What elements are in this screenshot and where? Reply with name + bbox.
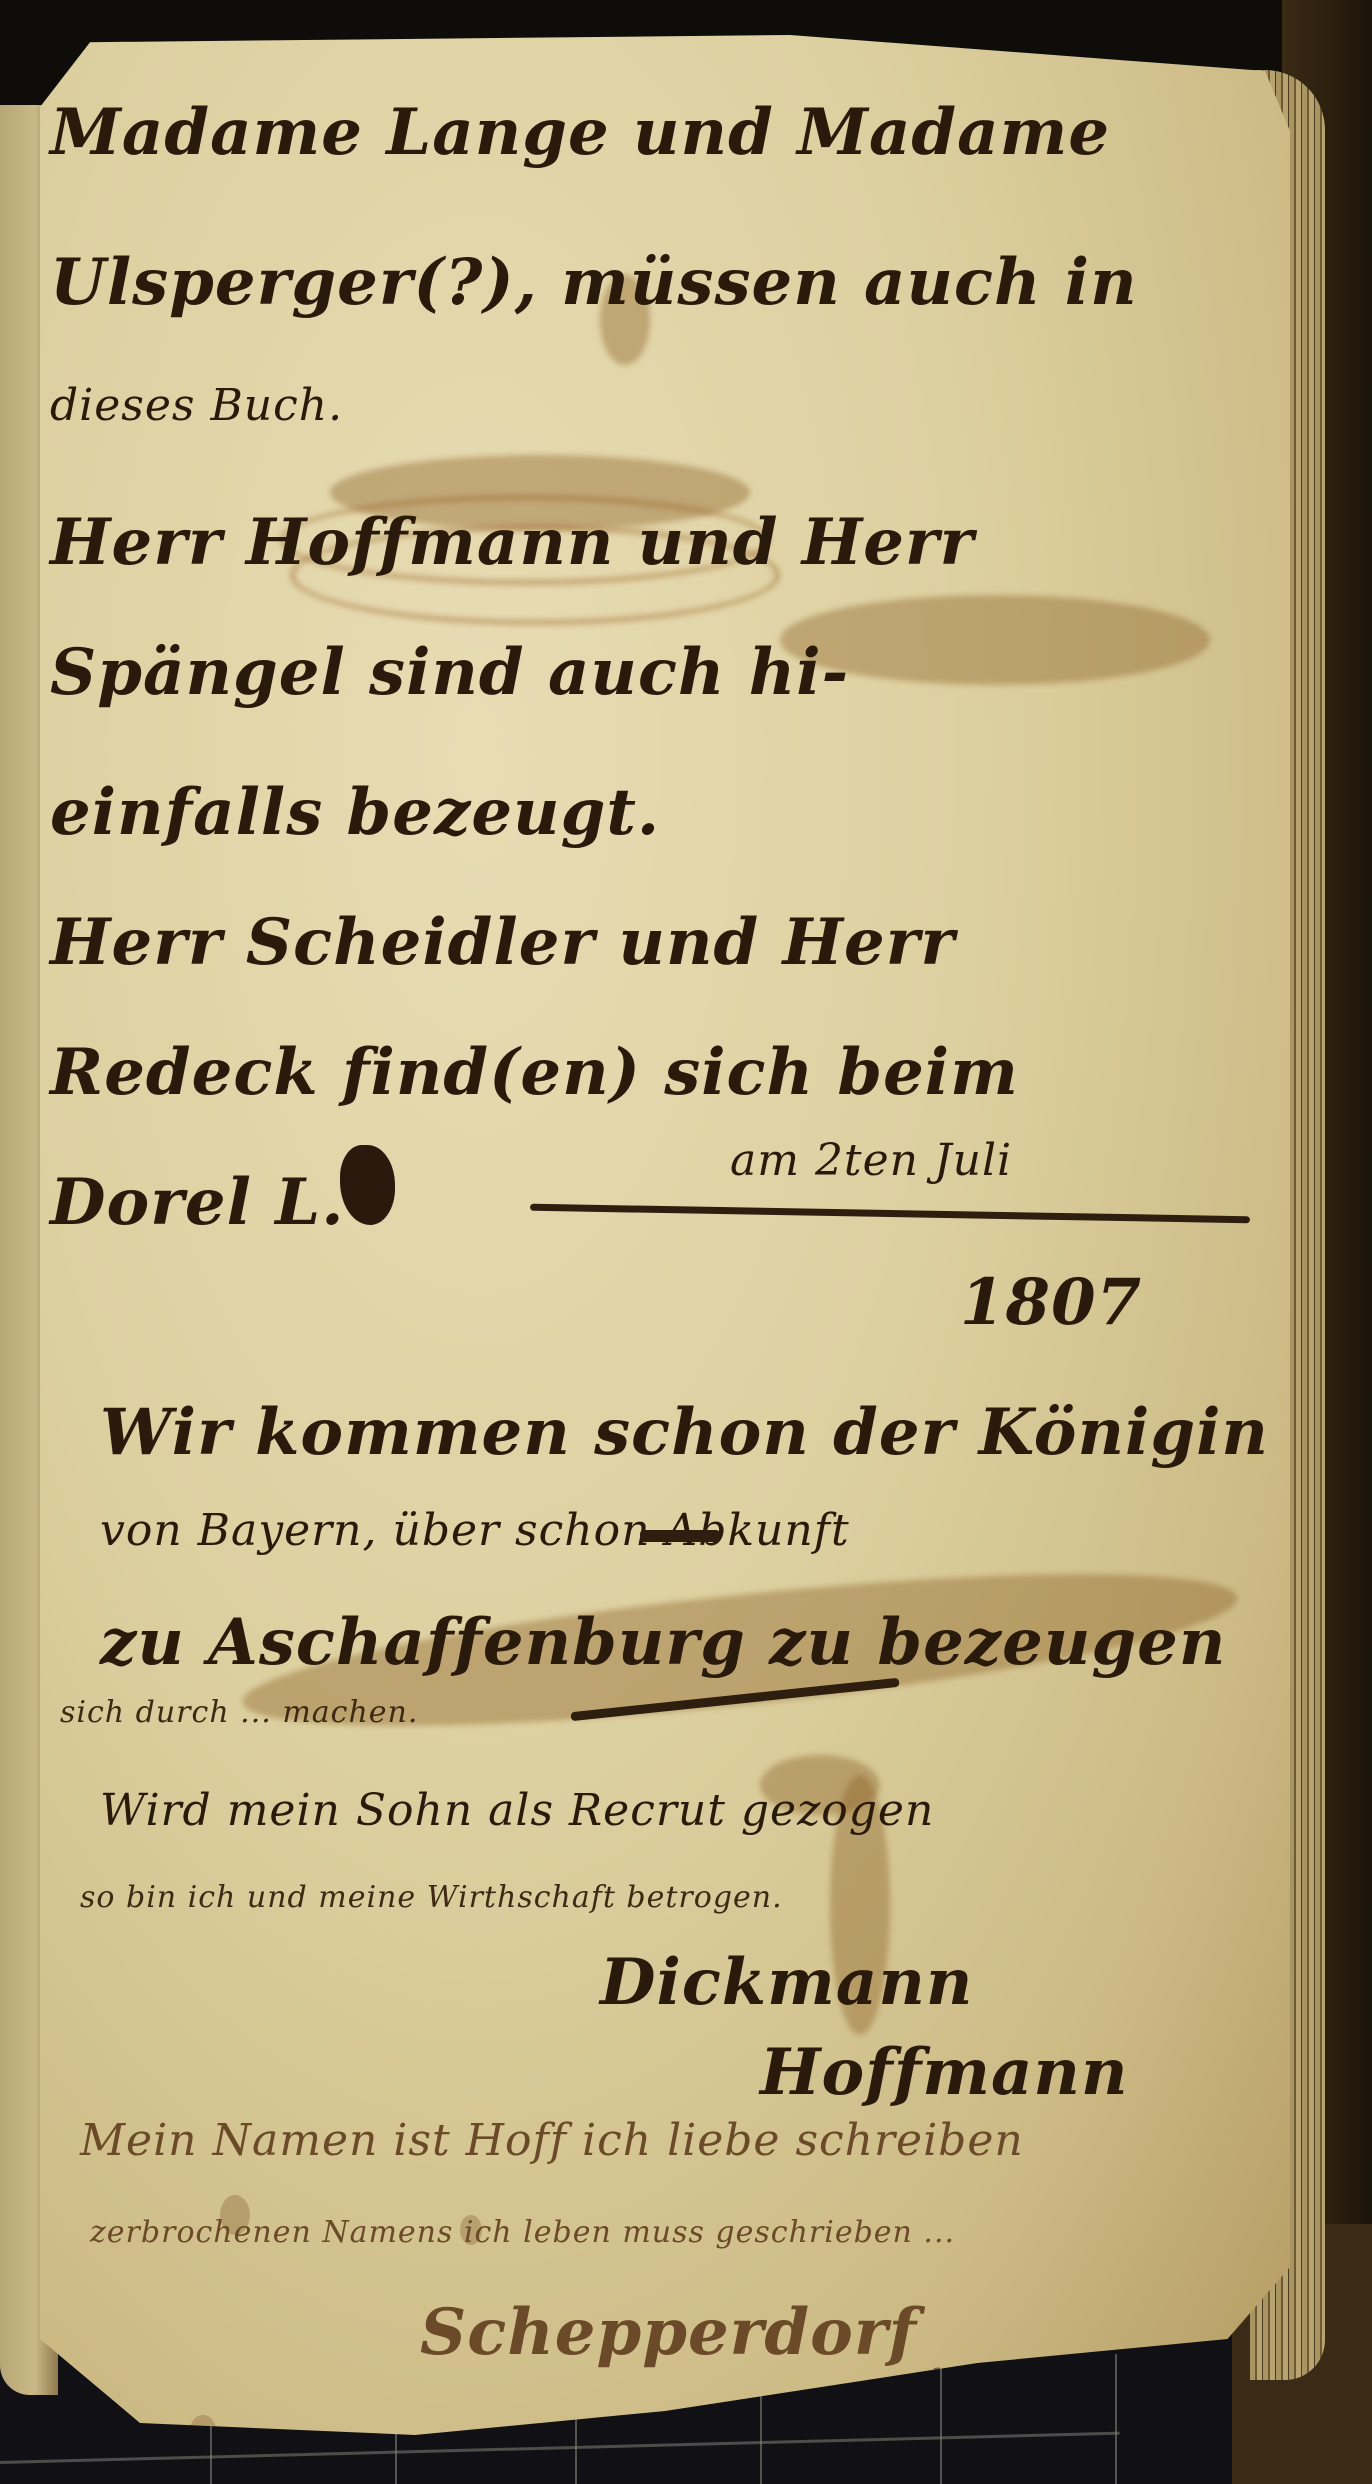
text-line: zu Aschaffenburg zu bezeugen	[100, 1605, 1226, 1680]
underline-mark	[640, 1530, 720, 1542]
text-line: sich durch ... machen.	[60, 1695, 418, 1730]
divider-rule	[530, 1204, 1250, 1224]
text-line: Herr Hoffmann und Herr	[50, 505, 974, 580]
text-line: Dorel L.	[50, 1165, 345, 1240]
year: 1807	[960, 1265, 1142, 1340]
text-line: Redeck find(en) sich beim	[50, 1035, 1019, 1110]
text-line: Wir kommen schon der Königin	[100, 1395, 1269, 1470]
text-line: Wird mein Sohn als Recrut gezogen	[100, 1785, 934, 1836]
signature: Schepperdorf	[420, 2295, 917, 2370]
ink-blot	[340, 1145, 395, 1225]
text-line: Ulsperger(?), müssen auch in	[50, 245, 1138, 320]
text-line: zerbrochenen Namens ich leben muss gesch…	[90, 2215, 955, 2250]
text-line: Mein Namen ist Hoff ich liebe schreiben	[80, 2115, 1024, 2166]
text-line: Spängel sind auch hi-	[50, 635, 849, 710]
text-line: einfalls bezeugt.	[50, 775, 660, 850]
text-line: von Bayern, über schon Abkunft	[100, 1505, 850, 1556]
text-line: dieses Buch.	[50, 380, 343, 431]
signature: Dickmann	[600, 1945, 973, 2020]
manuscript-page: Madame Lange und Madame Ulsperger(?), mü…	[40, 35, 1290, 2435]
date-line: am 2ten Juli	[730, 1135, 1012, 1186]
text-line: so bin ich und meine Wirthschaft betroge…	[80, 1880, 783, 1915]
signature: Hoffmann	[760, 2035, 1128, 2110]
text-line: Madame Lange und Madame	[50, 95, 1110, 170]
text-line: Herr Scheidler und Herr	[50, 905, 955, 980]
